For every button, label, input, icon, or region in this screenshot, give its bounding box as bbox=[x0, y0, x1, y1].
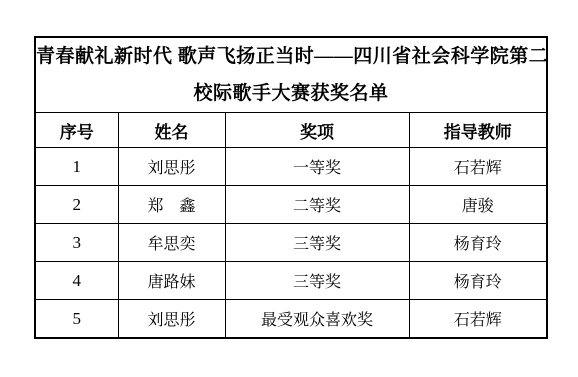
table-row: 5 刘思彤 最受观众喜欢奖 石若辉 bbox=[35, 300, 547, 339]
award-list-document: 青春献礼新时代 歌声飞扬正当时——四川省社会科学院第二届 校际歌手大赛获奖名单 … bbox=[34, 36, 548, 339]
cell-teacher: 杨育玲 bbox=[409, 224, 547, 262]
header-award: 奖项 bbox=[225, 113, 409, 148]
table-row: 3 牟思奕 三等奖 杨育玲 bbox=[35, 224, 547, 262]
cell-serial: 4 bbox=[35, 262, 118, 300]
cell-teacher: 唐骏 bbox=[409, 186, 547, 224]
table-header-row: 序号 姓名 奖项 指导教师 bbox=[35, 113, 547, 148]
cell-award: 最受观众喜欢奖 bbox=[225, 300, 409, 339]
cell-serial: 5 bbox=[35, 300, 118, 339]
title-line-1: 青春献礼新时代 歌声飞扬正当时——四川省社会科学院第二届 bbox=[36, 47, 546, 66]
award-table: 青春献礼新时代 歌声飞扬正当时——四川省社会科学院第二届 校际歌手大赛获奖名单 … bbox=[34, 36, 548, 339]
header-name: 姓名 bbox=[118, 113, 225, 148]
header-serial: 序号 bbox=[35, 113, 118, 148]
cell-teacher: 石若辉 bbox=[409, 148, 547, 186]
cell-award: 一等奖 bbox=[225, 148, 409, 186]
page: { "page": { "background": "#ffffff", "bo… bbox=[0, 0, 578, 377]
header-teacher: 指导教师 bbox=[409, 113, 547, 148]
cell-name: 郑 鑫 bbox=[118, 186, 225, 224]
title-line-2: 校际歌手大赛获奖名单 bbox=[36, 84, 546, 103]
table-row: 1 刘思彤 一等奖 石若辉 bbox=[35, 148, 547, 186]
cell-teacher: 石若辉 bbox=[409, 300, 547, 339]
cell-teacher: 杨育玲 bbox=[409, 262, 547, 300]
cell-award: 三等奖 bbox=[225, 224, 409, 262]
title-row: 青春献礼新时代 歌声飞扬正当时——四川省社会科学院第二届 校际歌手大赛获奖名单 bbox=[35, 37, 547, 113]
table-row: 4 唐路妹 三等奖 杨育玲 bbox=[35, 262, 547, 300]
table-row: 2 郑 鑫 二等奖 唐骏 bbox=[35, 186, 547, 224]
cell-name: 刘思彤 bbox=[118, 148, 225, 186]
cell-name: 刘思彤 bbox=[118, 300, 225, 339]
cell-award: 三等奖 bbox=[225, 262, 409, 300]
document-title: 青春献礼新时代 歌声飞扬正当时——四川省社会科学院第二届 校际歌手大赛获奖名单 bbox=[35, 37, 547, 113]
cell-award: 二等奖 bbox=[225, 186, 409, 224]
cell-serial: 1 bbox=[35, 148, 118, 186]
cell-serial: 2 bbox=[35, 186, 118, 224]
cell-name: 牟思奕 bbox=[118, 224, 225, 262]
cell-name: 唐路妹 bbox=[118, 262, 225, 300]
cell-serial: 3 bbox=[35, 224, 118, 262]
